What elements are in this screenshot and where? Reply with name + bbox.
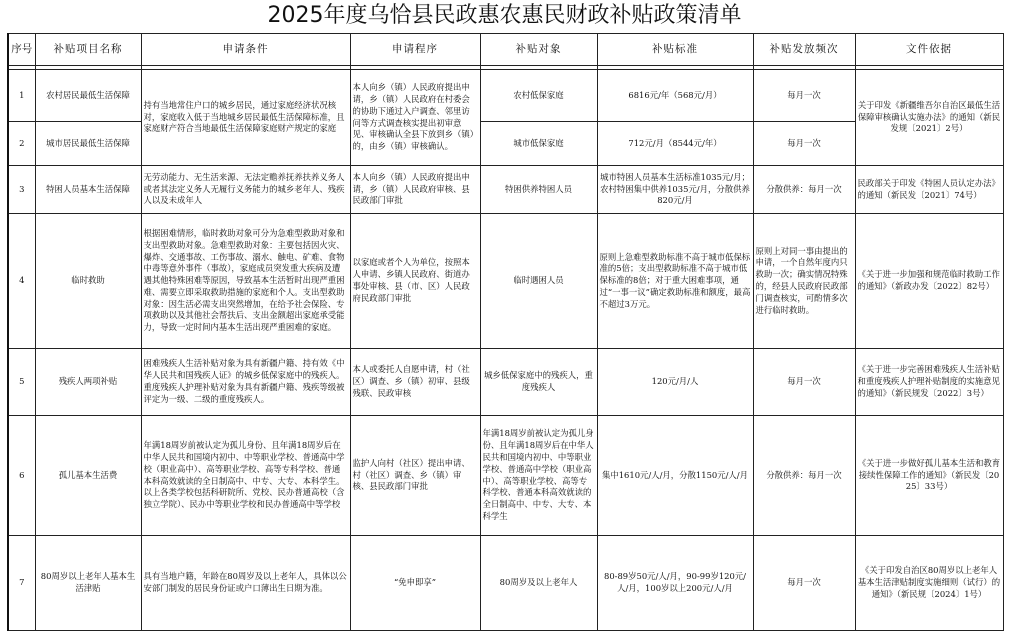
row-frequency: 每月一次: [753, 536, 855, 631]
row-no: 2: [8, 122, 35, 166]
table-row: 4 临时救助 根据困难情形，临时救助对象可分为急难型救助对象和支出型救助对象。急…: [8, 214, 1003, 349]
row-name: 临时救助: [35, 214, 141, 349]
row-frequency: 分散供养：每月一次: [753, 166, 855, 214]
row-frequency: 每月一次: [753, 122, 855, 166]
policy-table: 序号 补贴项目名称 申请条件 申请程序 补贴对象 补贴标准 补贴发放频次 文件依…: [7, 33, 1004, 631]
header-row: 序号 补贴项目名称 申请条件 申请程序 补贴对象 补贴标准 补贴发放频次 文件依…: [8, 34, 1003, 66]
row-conditions: 具有当地户籍，年龄在80周岁及以上老年人，具体以公安部门制发的居民身份证或户口薄…: [141, 536, 350, 631]
table-row: 3 特困人员基本生活保障 无劳动能力、无生活来源、无法定赡养抚养扶养义务人或者其…: [8, 166, 1003, 214]
row-conditions: 无劳动能力、无生活来源、无法定赡养抚养扶养义务人或者其法定义务人无履行义务能力的…: [141, 166, 350, 214]
row-target: 80周岁及以上老年人: [480, 536, 597, 631]
row-name: 80周岁以上老年人基本生活津贴: [35, 536, 141, 631]
row-no: 1: [8, 70, 35, 122]
row-standard: 集中1610元/人/月，分散1150元/人/月: [597, 416, 753, 536]
row-name: 残疾人两项补贴: [35, 349, 141, 416]
row-standard: 712元/月（8544元/年）: [597, 122, 753, 166]
table-row: 1 农村居民最低生活保障 持有当地常住户口的城乡居民，通过家庭经济状况核对，家庭…: [8, 70, 1003, 122]
row-basis: 《关于进一步做好孤儿基本生活和教育接续性保障工作的通知》（新民发〔2025〕33…: [855, 416, 1003, 536]
table-row: 7 80周岁以上老年人基本生活津贴 具有当地户籍，年龄在80周岁及以上老年人，具…: [8, 536, 1003, 631]
row-frequency: 分散供养：每月一次: [753, 416, 855, 536]
row-target: 临时遇困人员: [480, 214, 597, 349]
row-procedure: 本人或委托人自愿申请，村（社区）调查、乡（镇）初审、县级残联、民政审核: [350, 349, 480, 416]
row-procedure: 本人向乡（镇）人民政府提出申请，乡（镇）人民政府审核、县民政部门审批: [350, 166, 480, 214]
row-basis: 《关于进一步完善困难残疾人生活补贴和重度残疾人护理补贴制度的实施意见的通知》（新…: [855, 349, 1003, 416]
header-frequency: 补贴发放频次: [753, 34, 855, 66]
row-target: 特困供养特困人员: [480, 166, 597, 214]
row-standard: 城市特困人员基本生活标准1035元/月；农村特困集中供养1035元/月，分散供养…: [597, 166, 753, 214]
row-no: 5: [8, 349, 35, 416]
header-basis: 文件依据: [855, 34, 1003, 66]
row-conditions: 根据困难情形，临时救助对象可分为急难型救助对象和支出型救助对象。急难型救助对象：…: [141, 214, 350, 349]
row-target: 城市低保家庭: [480, 122, 597, 166]
row-frequency: 每月一次: [753, 349, 855, 416]
row-basis: 《关于印发自治区80周岁以上老年人基本生活津贴制度实施细则（试行）的通知》（新民…: [855, 536, 1003, 631]
header-standard: 补贴标准: [597, 34, 753, 66]
row-name: 孤儿基本生活费: [35, 416, 141, 536]
row-standard: 120元/月/人: [597, 349, 753, 416]
row-conditions: 持有当地常住户口的城乡居民，通过家庭经济状况核对，家庭收入低于当地城乡居民最低生…: [141, 70, 350, 166]
row-basis: 关于印发《新疆维吾尔自治区最低生活保障审核确认实施办法》的通知（新民发规〔202…: [855, 70, 1003, 166]
row-standard: 原则上急难型救助标准不高于城市低保标准的5倍；支出型救助标准不高于城市低保标准的…: [597, 214, 753, 349]
document-title: 2025年度乌恰县民政惠农惠民财政补贴政策清单: [0, 1, 1009, 31]
row-standard: 6816元/年（568元/月）: [597, 70, 753, 122]
row-target: 城乡低保家庭中的残疾人，重度残疾人: [480, 349, 597, 416]
row-frequency: 原则上对同一事由提出的申请，一个自然年度内只救助一次；确实情况特殊的，经县人民政…: [753, 214, 855, 349]
row-frequency: 每月一次: [753, 70, 855, 122]
row-no: 6: [8, 416, 35, 536]
row-conditions: 年满18周岁前被认定为孤儿身份、且年满18周岁后在中华人民共和国境内初中、中等职…: [141, 416, 350, 536]
row-name: 农村居民最低生活保障: [35, 70, 141, 122]
header-name: 补贴项目名称: [35, 34, 141, 66]
row-name: 特困人员基本生活保障: [35, 166, 141, 214]
header-procedure: 申请程序: [350, 34, 480, 66]
row-no: 7: [8, 536, 35, 631]
row-name: 城市居民最低生活保障: [35, 122, 141, 166]
row-no: 4: [8, 214, 35, 349]
header-conditions: 申请条件: [141, 34, 350, 66]
header-no: 序号: [8, 34, 35, 66]
table-row: 5 残疾人两项补贴 困难残疾人生活补贴对象为具有新疆户籍、持有效《中华人民共和国…: [8, 349, 1003, 416]
row-basis: 民政部关于印发《特困人员认定办法》的通知（新民发〔2021〕74号）: [855, 166, 1003, 214]
row-procedure: 本人向乡（镇）人民政府提出申请，乡（镇）人民政府在村委会的协助下通过入户调查、邻…: [350, 70, 480, 166]
table-row: 6 孤儿基本生活费 年满18周岁前被认定为孤儿身份、且年满18周岁后在中华人民共…: [8, 416, 1003, 536]
row-target: 年满18周岁前被认定为孤儿身份、且年满18周岁后在中华人民共和国境内初中、中等职…: [480, 416, 597, 536]
row-no: 3: [8, 166, 35, 214]
header-target: 补贴对象: [480, 34, 597, 66]
row-basis: 《关于进一步加强和规范临时救助工作的通知》（新政办发〔2022〕82号）: [855, 214, 1003, 349]
row-procedure: 监护人向村（社区）提出申请、村（社区）调查、乡（镇）审核、县民政部门审批: [350, 416, 480, 536]
row-procedure: 以家庭或者个人为单位，按照本人申请、乡镇人民政府、街道办事处审核、县（市、区）人…: [350, 214, 480, 349]
row-target: 农村低保家庭: [480, 70, 597, 122]
row-procedure: “免申即享”: [350, 536, 480, 631]
row-conditions: 困难残疾人生活补贴对象为具有新疆户籍、持有效《中华人民共和国残疾人证》的城乡低保…: [141, 349, 350, 416]
row-standard: 80-89岁50元/人/月，90-99岁120元/人/月，100岁以上200元/…: [597, 536, 753, 631]
